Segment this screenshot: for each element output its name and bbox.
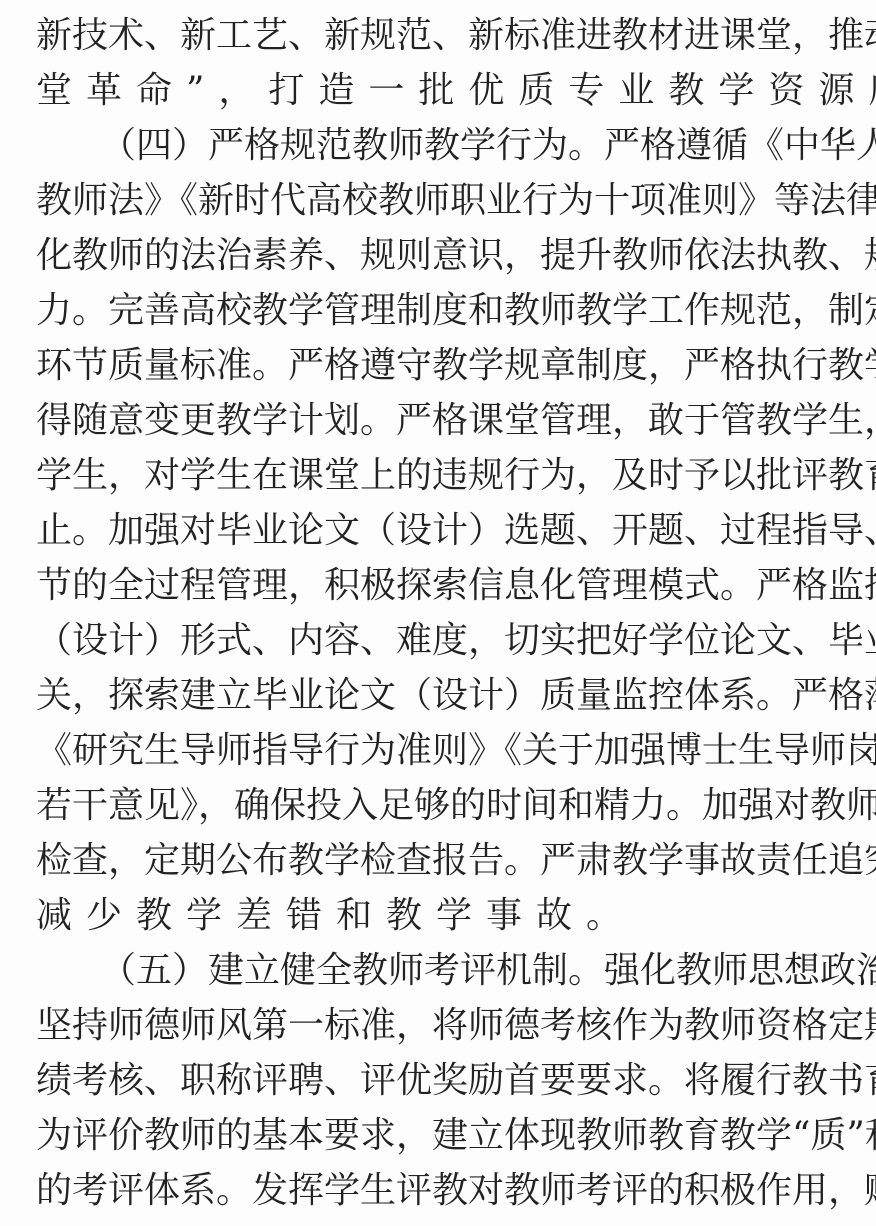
text-line: 关，探索建立毕业论文（设计）质量监控体系。严格落实教育部 [36,670,852,722]
document-page: 新技术、新工艺、新规范、新标准进教材进课堂，推动职业教育“课 堂革命”，打造一批… [0,0,876,1226]
text-line: 为评价教师的基本要求，建立体现教师教育教学“质”和“量”相结合 [36,1110,852,1162]
text-line: 坚持师德师风第一标准，将师德考核作为教师资格定期注册、业 [36,1000,852,1052]
section-heading-line: （四）严格规范教师教学行为。严格遵循《中华人民共和国 [100,120,852,172]
text-line: 学生，对学生在课堂上的违规行为，及时予以批评教育和坚决制 [36,450,852,502]
text-line: 止。加强对毕业论文（设计）选题、开题、过程指导、答辩等环 [36,505,852,557]
text-line: 化教师的法治素养、规则意识，提升教师依法执教、规范执教能 [36,230,852,282]
text-line: 环节质量标准。严格遵守教学规章制度，严格执行教学大纲，不 [36,340,852,392]
text-line: 力。完善高校教学管理制度和教师教学工作规范，制定主要教学 [36,285,852,337]
section-heading-line: （五）建立健全教师考评机制。强化教师思想政治素质考察， [100,945,852,997]
text-line: 节的全过程管理，积极探索信息化管理模式。严格监控毕业论文 [36,560,852,612]
text-line: 绩考核、职称评聘、评优奖励首要要求。将履行教书育人职责作 [36,1055,852,1107]
text-line: 得随意变更教学计划。严格课堂管理，敢于管教学生，善于管教 [36,395,852,447]
text-line: 《研究生导师指导行为准则》《关于加强博士生导师岗位管理的 [36,725,852,777]
text-line: 减少教学差错和教学事故。 [36,890,852,942]
text-line: 新技术、新工艺、新规范、新标准进教材进课堂，推动职业教育“课 [36,10,852,62]
text-line: 堂革命”，打造一批优质专业教学资源库和在线精品课程。 [36,65,852,117]
text-line: 的考评体系。发挥学生评教对教师考评的积极作用，赋予学生评 [36,1165,852,1217]
text-line: 教师法》《新时代高校教师职业行为十项准则》等法律法规，强 [36,175,852,227]
text-line: （设计）形式、内容、难度，切实把好学位论文、毕业设计质量 [36,615,852,667]
text-line: 检查，定期公布教学检查报告。严肃教学事故责任追究，预防和 [36,835,852,887]
text-line: 若干意见》，确保投入足够的时间和精力。加强对教师课堂教学 [36,780,852,832]
